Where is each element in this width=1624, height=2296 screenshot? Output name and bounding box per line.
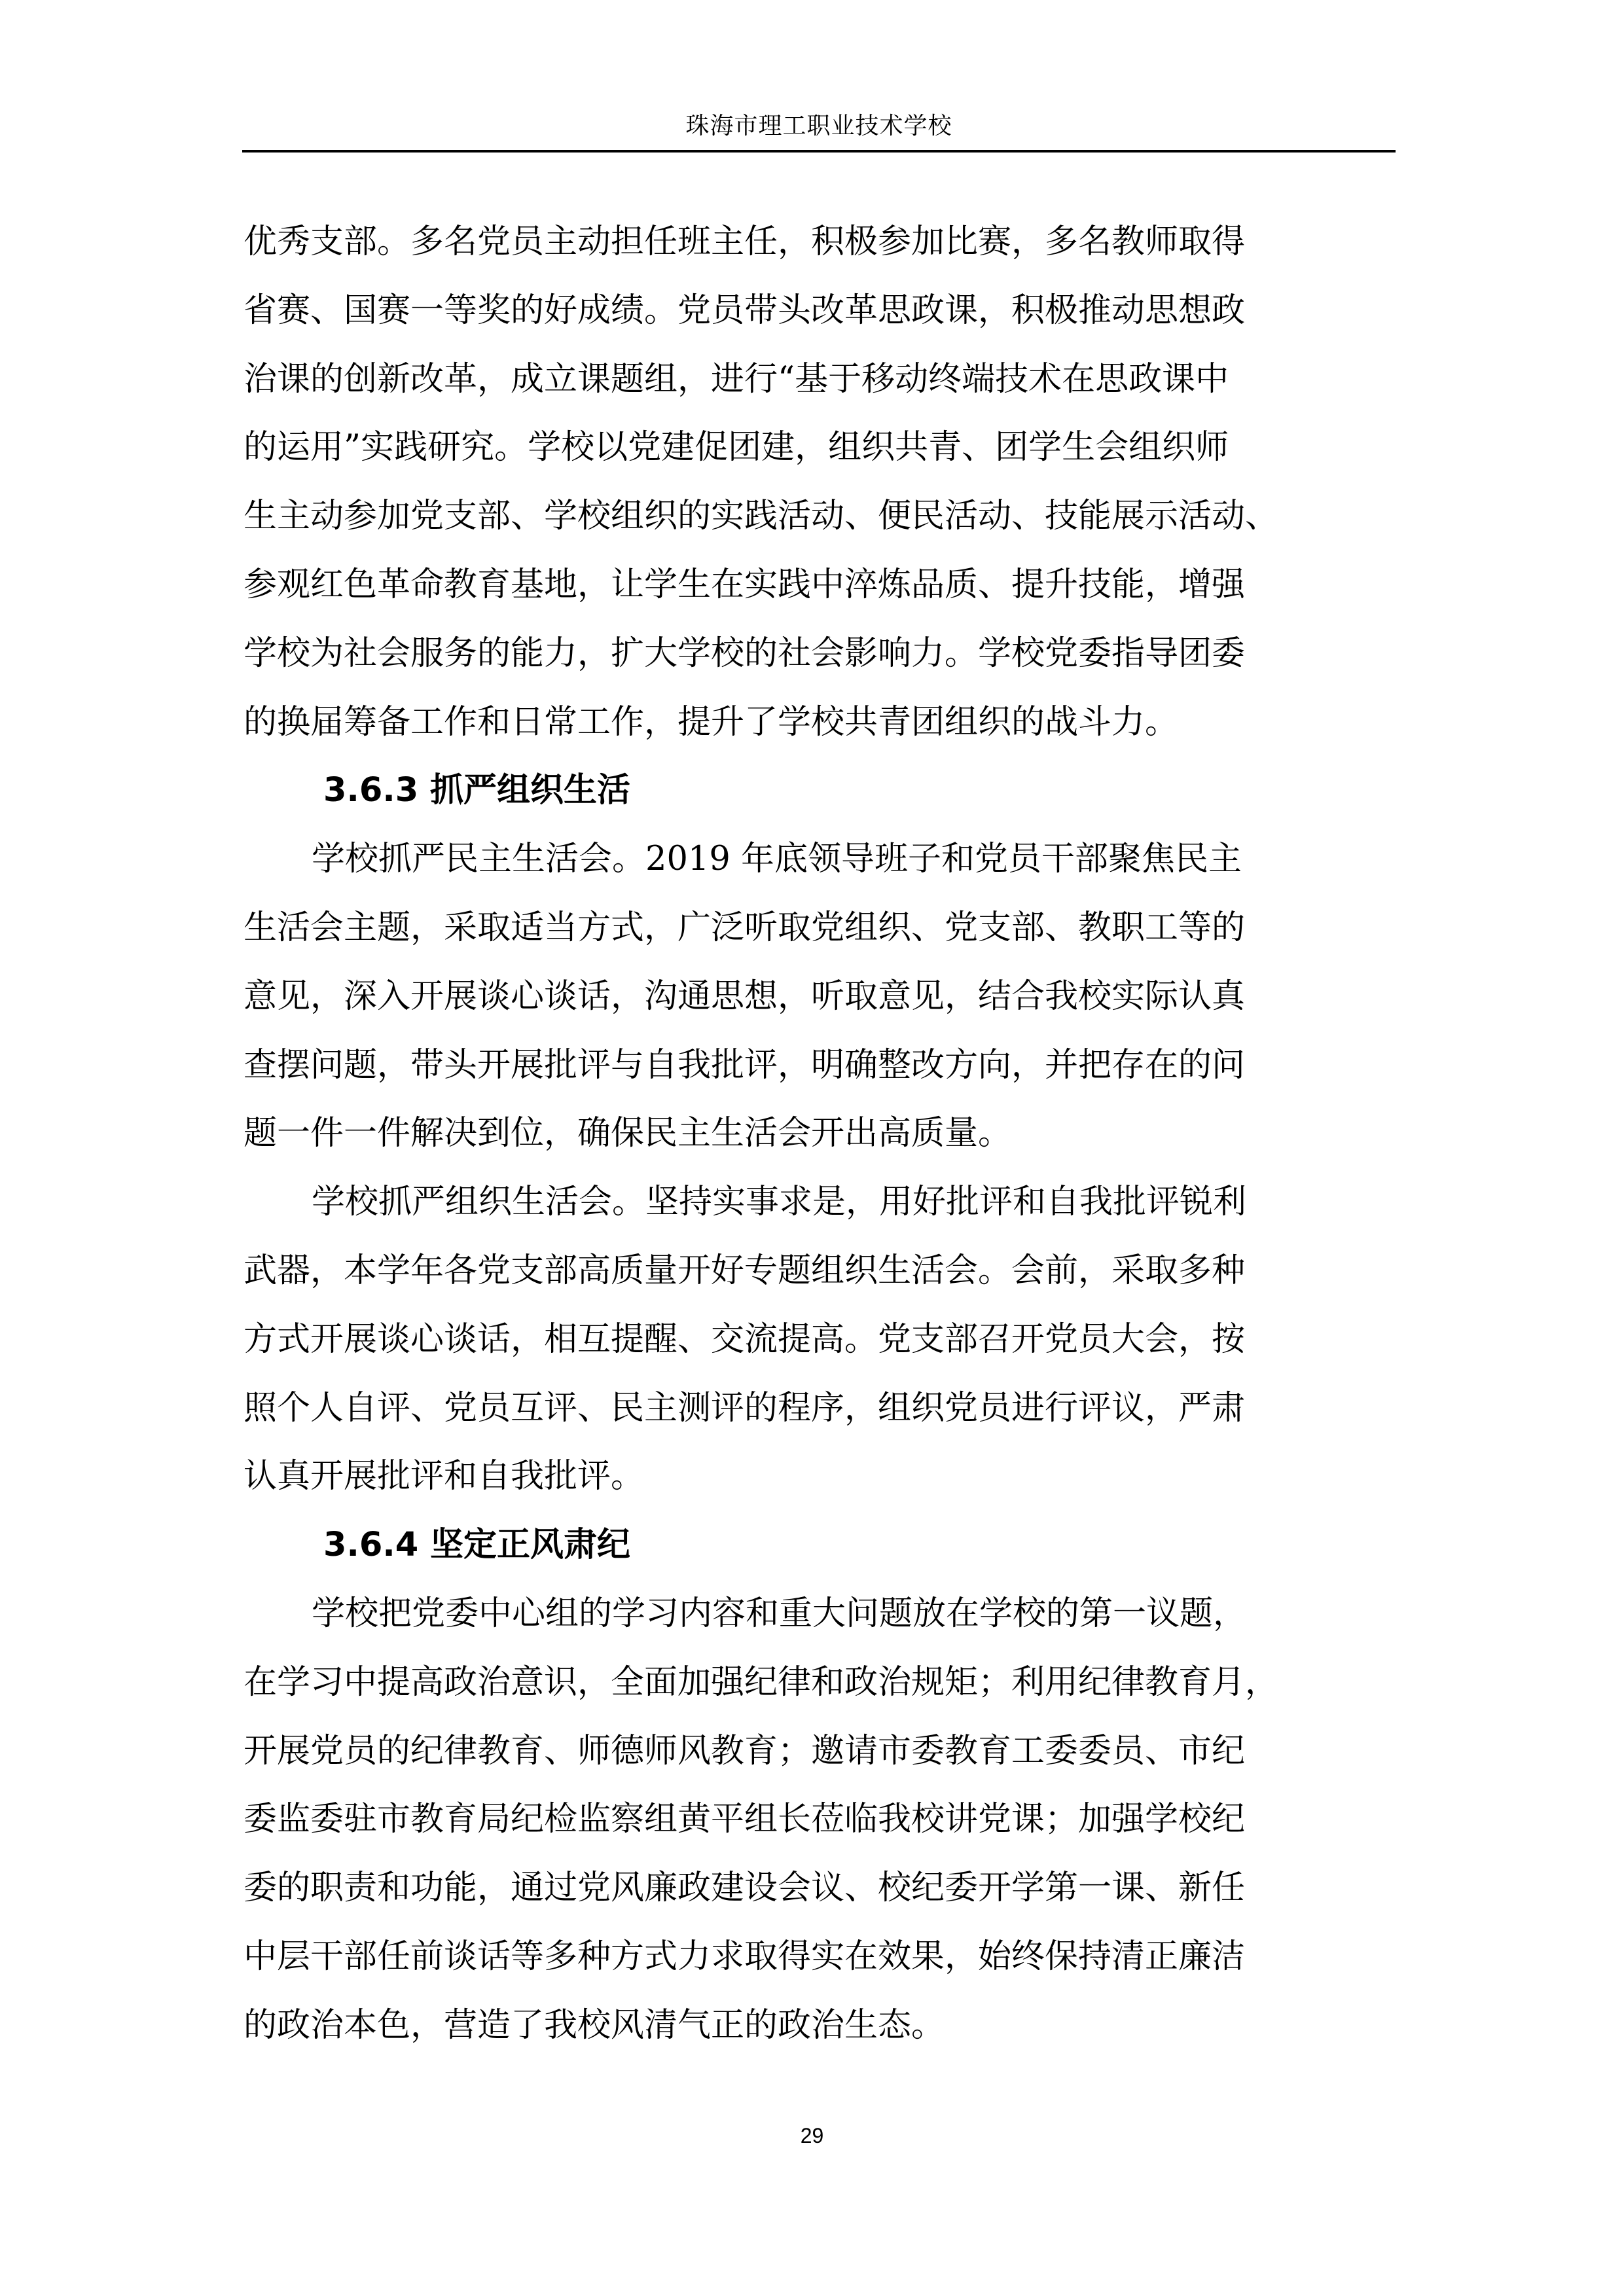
document-body: 优秀支部。多名党员主动担任班主任，积极参加比赛，多名教师取得 省赛、国赛一等奖的… xyxy=(244,208,1397,2060)
text-line: 委监委驻市教育局纪检监察组黄平组长莅临我校讲党课；加强学校纪 xyxy=(244,1785,1397,1854)
text-line: 的运用”实践研究。学校以党建促团建，组织共青、团学生会组织师 xyxy=(244,414,1397,482)
text-line: 认真开展批评和自我批评。 xyxy=(244,1443,1397,1511)
text-line: 中层干部任前谈话等多种方式力求取得实在效果，始终保持清正廉洁 xyxy=(244,1923,1397,1992)
text-line: 方式开展谈心谈话，相互提醒、交流提高。党支部召开党员大会，按 xyxy=(244,1306,1397,1374)
text-line: 优秀支部。多名党员主动担任班主任，积极参加比赛，多名教师取得 xyxy=(244,208,1397,277)
text-line: 照个人自评、党员互评、民主测评的程序，组织党员进行评议，严肃 xyxy=(244,1374,1397,1443)
text-line: 的换届筹备工作和日常工作，提升了学校共青团组织的战斗力。 xyxy=(244,689,1397,757)
text-line: 武器，本学年各党支部高质量开好专题组织生活会。会前，采取多种 xyxy=(244,1237,1397,1306)
text-line: 生主动参加党支部、学校组织的实践活动、便民活动、技能展示活动、 xyxy=(244,482,1397,551)
text-line: 省赛、国赛一等奖的好成绩。党员带头改革思政课，积极推动思想政 xyxy=(244,277,1397,346)
text-line: 学校把党委中心组的学习内容和重大问题放在学校的第一议题， xyxy=(244,1580,1397,1649)
paragraph-organizational-life-meeting: 学校抓严组织生活会。坚持实事求是，用好批评和自我批评锐利 武器，本学年各党支部高… xyxy=(244,1168,1397,1511)
text-line: 治课的创新改革，成立课题组，进行“基于移动终端技术在思政课中 xyxy=(244,346,1397,414)
text-line: 学校抓严民主生活会。2019 年底领导班子和党员干部聚焦民主 xyxy=(244,825,1397,894)
page-number: 29 xyxy=(0,2124,1624,2148)
text-line: 在学习中提高政治意识，全面加强纪律和政治规矩；利用纪律教育月， xyxy=(244,1649,1397,1717)
running-header: 珠海市理工职业技术学校 xyxy=(242,110,1396,143)
text-line: 的政治本色，营造了我校风清气正的政治生态。 xyxy=(244,1992,1397,2060)
header-rule xyxy=(242,150,1396,152)
text-line: 学校抓严组织生活会。坚持实事求是，用好批评和自我批评锐利 xyxy=(244,1168,1397,1237)
text-line: 题一件一件解决到位，确保民主生活会开出高质量。 xyxy=(244,1100,1397,1168)
text-line: 意见，深入开展谈心谈话，沟通思想，听取意见，结合我校实际认真 xyxy=(244,963,1397,1031)
text-line: 开展党员的纪律教育、师德师风教育；邀请市委教育工委委员、市纪 xyxy=(244,1717,1397,1786)
paragraph-democratic-life-meeting: 学校抓严民主生活会。2019 年底领导班子和党员干部聚焦民主 生活会主题，采取适… xyxy=(244,825,1397,1168)
text-line: 查摆问题，带头开展批评与自我批评，明确整改方向，并把存在的问 xyxy=(244,1031,1397,1100)
text-line: 参观红色革命教育基地，让学生在实践中淬炼品质、提升技能，增强 xyxy=(244,551,1397,620)
paragraph-party-activities: 优秀支部。多名党员主动担任班主任，积极参加比赛，多名教师取得 省赛、国赛一等奖的… xyxy=(244,208,1397,757)
text-line: 生活会主题，采取适当方式，广泛听取党组织、党支部、教职工等的 xyxy=(244,894,1397,963)
paragraph-discipline: 学校把党委中心组的学习内容和重大问题放在学校的第一议题， 在学习中提高政治意识，… xyxy=(244,1580,1397,2060)
section-heading-3-6-3: 3.6.3 抓严组织生活 xyxy=(244,757,1397,825)
text-line: 委的职责和功能，通过党风廉政建设会议、校纪委开学第一课、新任 xyxy=(244,1854,1397,1923)
text-line: 学校为社会服务的能力，扩大学校的社会影响力。学校党委指导团委 xyxy=(244,620,1397,689)
section-heading-3-6-4: 3.6.4 坚定正风肃纪 xyxy=(244,1511,1397,1580)
